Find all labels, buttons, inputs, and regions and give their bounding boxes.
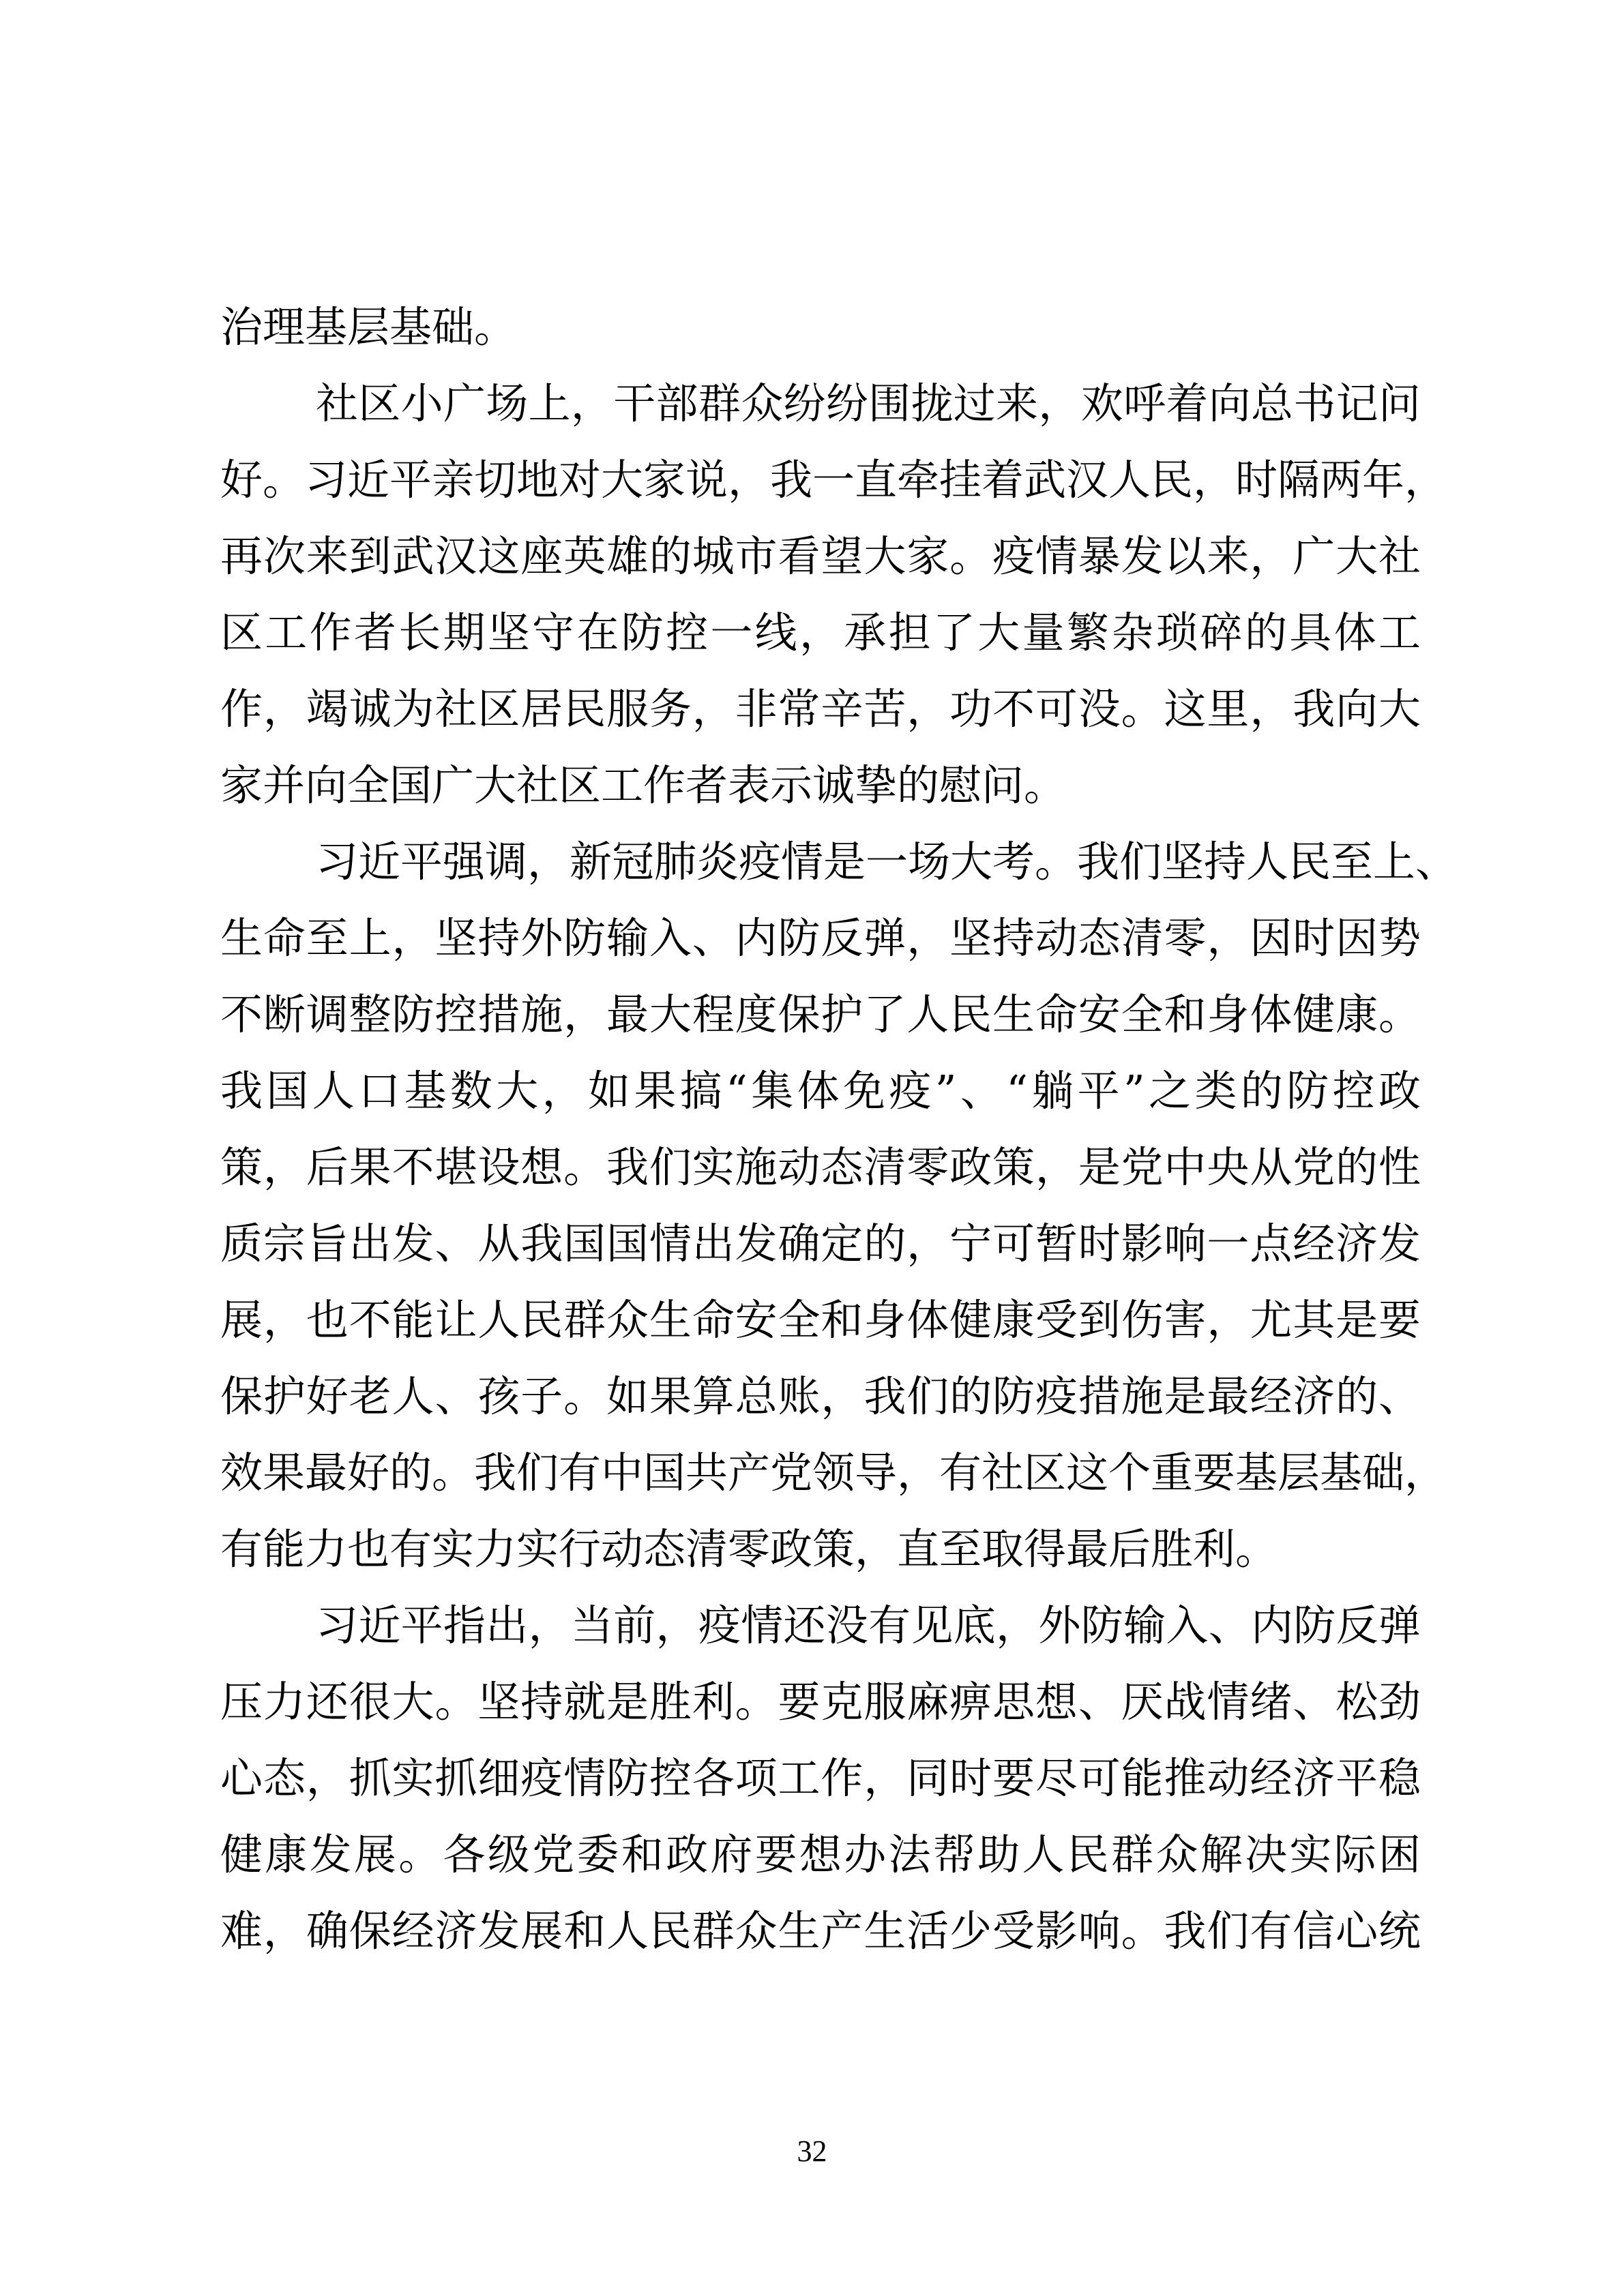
paragraph-start-line: 习近平指出，当前，疫情还没有见底，外防输入、内防反弹 [220, 1598, 1421, 1675]
text-line: 保护好老人、孩子。如果算总账，我们的防疫措施是最经济的、 [220, 1369, 1421, 1446]
text-line: 好。习近平亲切地对大家说，我一直牵挂着武汉人民，时隔两年， [220, 453, 1421, 529]
text-line: 不断调整防控措施，最大程度保护了人民生命安全和身体健康。 [220, 987, 1421, 1064]
text-line: 有能力也有实力实行动态清零政策，直至取得最后胜利。 [220, 1522, 1421, 1598]
page-number: 32 [0, 2134, 1624, 2168]
paragraph-start-line: 习近平强调，新冠肺炎疫情是一场大考。我们坚持人民至上、 [220, 835, 1421, 911]
text-line: 压力还很大。坚持就是胜利。要克服麻痹思想、厌战情绪、松劲 [220, 1675, 1421, 1751]
text-line: 作，竭诚为社区居民服务，非常辛苦，功不可没。这里，我向大 [220, 682, 1421, 758]
text-line: 质宗旨出发、从我国国情出发确定的，宁可暂时影响一点经济发 [220, 1217, 1421, 1293]
text-line: 家并向全国广大社区工作者表示诚挚的慰问。 [220, 758, 1421, 835]
text-line: 我国人口基数大，如果搞“集体免疫”、“躺平”之类的防控政 [220, 1064, 1421, 1140]
text-line: 效果最好的。我们有中国共产党领导，有社区这个重要基层基础， [220, 1446, 1421, 1522]
document-page: 治理基层基础。 社区小广场上，干部群众纷纷围拢过来，欢呼着向总书记问 好。习近平… [0, 0, 1624, 2296]
paragraph-start-line: 社区小广场上，干部群众纷纷围拢过来，欢呼着向总书记问 [220, 376, 1421, 453]
text-line: 区工作者长期坚守在防控一线，承担了大量繁杂琐碎的具体工 [220, 606, 1421, 682]
text-line: 展，也不能让人民群众生命安全和身体健康受到伤害，尤其是要 [220, 1293, 1421, 1369]
text-line: 治理基层基础。 [220, 300, 1421, 376]
text-line: 心态，抓实抓细疫情防控各项工作，同时要尽可能推动经济平稳 [220, 1751, 1421, 1828]
body-text: 治理基层基础。 社区小广场上，干部群众纷纷围拢过来，欢呼着向总书记问 好。习近平… [220, 300, 1421, 1980]
text-line: 再次来到武汉这座英雄的城市看望大家。疫情暴发以来，广大社 [220, 529, 1421, 606]
text-line: 健康发展。各级党委和政府要想办法帮助人民群众解决实际困 [220, 1828, 1421, 1904]
text-line: 策，后果不堪设想。我们实施动态清零政策，是党中央从党的性 [220, 1140, 1421, 1217]
text-line: 生命至上，坚持外防输入、内防反弹，坚持动态清零，因时因势 [220, 911, 1421, 987]
text-line: 难，确保经济发展和人民群众生产生活少受影响。我们有信心统 [220, 1904, 1421, 1980]
